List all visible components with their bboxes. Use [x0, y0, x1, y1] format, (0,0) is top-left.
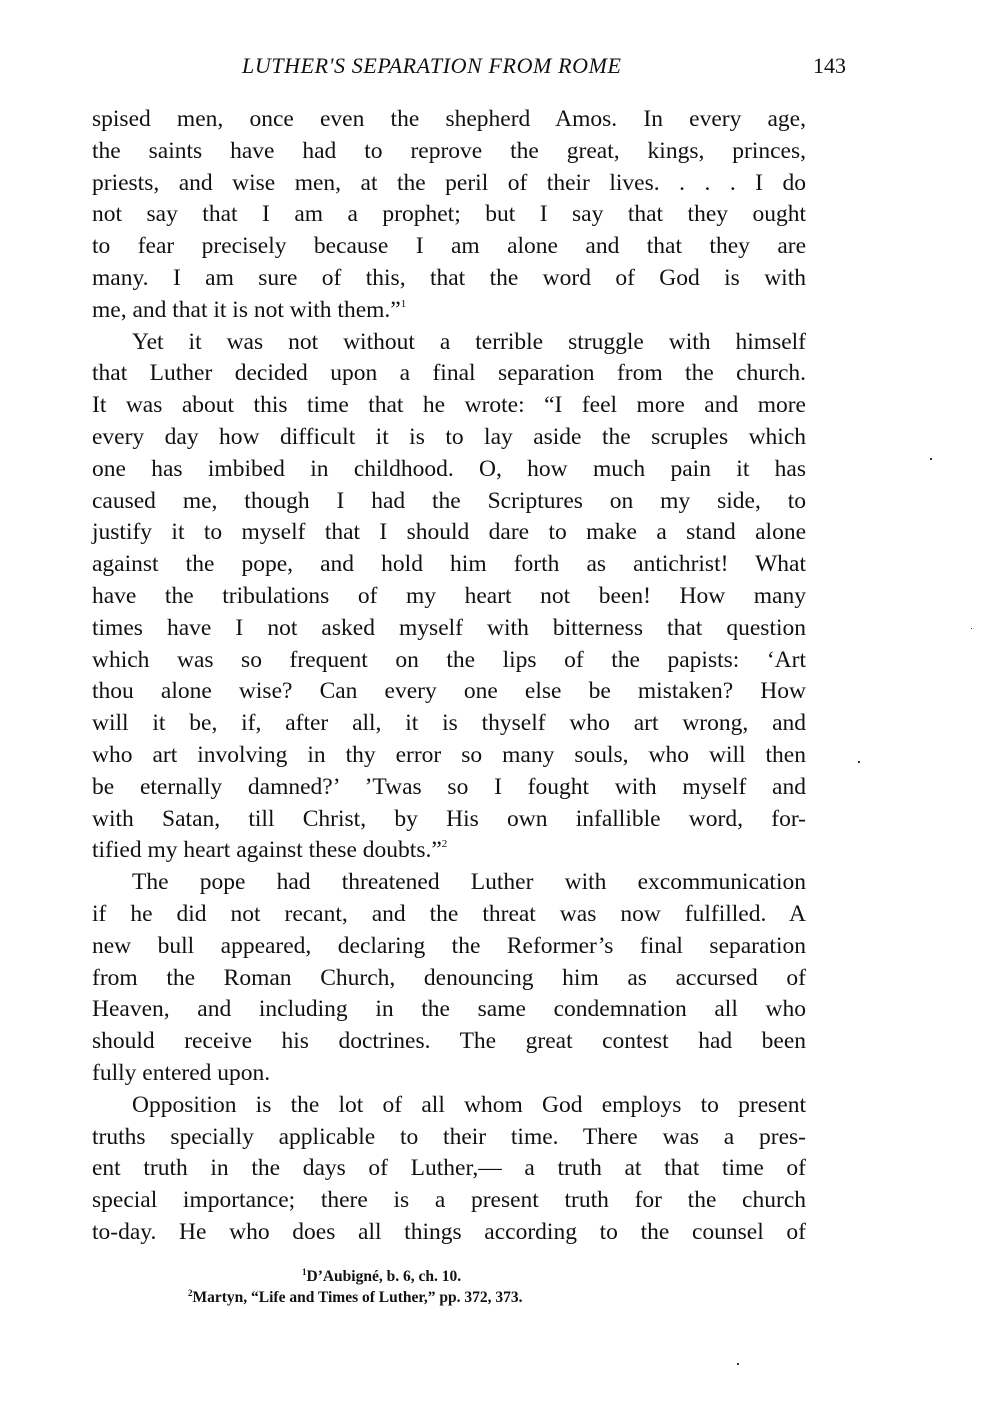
- text-line: It was about this time that he wrote: “I…: [92, 390, 806, 422]
- footnote-ref-1: 1: [401, 298, 407, 310]
- text-line: truths specially applicable to their tim…: [92, 1122, 806, 1154]
- text-line: which was so frequent on the lips of the…: [92, 645, 806, 677]
- text-line: Heaven, and including in the same condem…: [92, 994, 806, 1026]
- footnote-ref-2: 2: [442, 838, 448, 850]
- footnote-2: 2Martyn, “Life and Times of Luther,” pp.…: [160, 1287, 780, 1308]
- text-line: thou alone wise? Can every one else be m…: [92, 676, 806, 708]
- scan-speck: [971, 628, 972, 629]
- paragraph-4: Opposition is the lot of all whom God em…: [92, 1090, 806, 1249]
- text-line: will it be, if, after all, it is thyself…: [92, 708, 806, 740]
- text-line: fully entered upon.: [92, 1058, 806, 1090]
- text-line: the saints have had to reprove the great…: [92, 136, 806, 168]
- text-line: ent truth in the days of Luther,— a trut…: [92, 1153, 806, 1185]
- text-line: tified my heart against these doubts.”2: [92, 835, 806, 867]
- text-line: to fear precisely because I am alone and…: [92, 231, 806, 263]
- text-line: should receive his doctrines. The great …: [92, 1026, 806, 1058]
- footnotes: 1D’Aubigné, b. 6, ch. 10. 2Martyn, “Life…: [160, 1266, 780, 1308]
- text-line: against the pope, and hold him forth as …: [92, 549, 806, 581]
- text-line: priests, and wise men, at the peril of t…: [92, 168, 806, 200]
- text-line: special importance; there is a present t…: [92, 1185, 806, 1217]
- scan-speck: [737, 1363, 739, 1365]
- text-line: have the tribulations of my heart not be…: [92, 581, 806, 613]
- text-line: justify it to myself that I should dare …: [92, 517, 806, 549]
- paragraph-2: Yet it was not without a terrible strugg…: [92, 327, 806, 868]
- text-line: be eternally damned?’ ’Twas so I fought …: [92, 772, 806, 804]
- scan-speck: [930, 458, 932, 460]
- paragraph-3: The pope had threatened Luther with exco…: [92, 867, 806, 1090]
- text-line: with Satan, till Christ, by His own infa…: [92, 804, 806, 836]
- text-line: caused me, though I had the Scriptures o…: [92, 486, 806, 518]
- text-line: not say that I am a prophet; but I say t…: [92, 199, 806, 231]
- text-line: to-day. He who does all things according…: [92, 1217, 806, 1249]
- footnote-1: 1D’Aubigné, b. 6, ch. 10.: [160, 1266, 780, 1287]
- text-line: one has imbibed in childhood. O, how muc…: [92, 454, 806, 486]
- text-line: if he did not recant, and the threat was…: [92, 899, 806, 931]
- text-line: new bull appeared, declaring the Reforme…: [92, 931, 806, 963]
- page-header: LUTHER'S SEPARATION FROM ROME 143: [230, 50, 830, 82]
- text-line: from the Roman Church, denouncing him as…: [92, 963, 806, 995]
- page-number: 143: [813, 50, 846, 82]
- text-line: every day how difficult it is to lay asi…: [92, 422, 806, 454]
- text-line: Opposition is the lot of all whom God em…: [92, 1090, 806, 1122]
- text-line: me, and that it is not with them.”1: [92, 295, 806, 327]
- running-title: LUTHER'S SEPARATION FROM ROME: [242, 50, 622, 82]
- text-line: spised men, once even the shepherd Amos.…: [92, 104, 806, 136]
- text-line: times have I not asked myself with bitte…: [92, 613, 806, 645]
- paragraph-1: spised men, once even the shepherd Amos.…: [92, 104, 806, 327]
- text-line: The pope had threatened Luther with exco…: [92, 867, 806, 899]
- body-text: spised men, once even the shepherd Amos.…: [92, 104, 806, 1249]
- scan-speck: [858, 761, 860, 763]
- text-line: Yet it was not without a terrible strugg…: [92, 327, 806, 359]
- text-line: many. I am sure of this, that the word o…: [92, 263, 806, 295]
- text-line: that Luther decided upon a final separat…: [92, 358, 806, 390]
- text-line: who art involving in thy error so many s…: [92, 740, 806, 772]
